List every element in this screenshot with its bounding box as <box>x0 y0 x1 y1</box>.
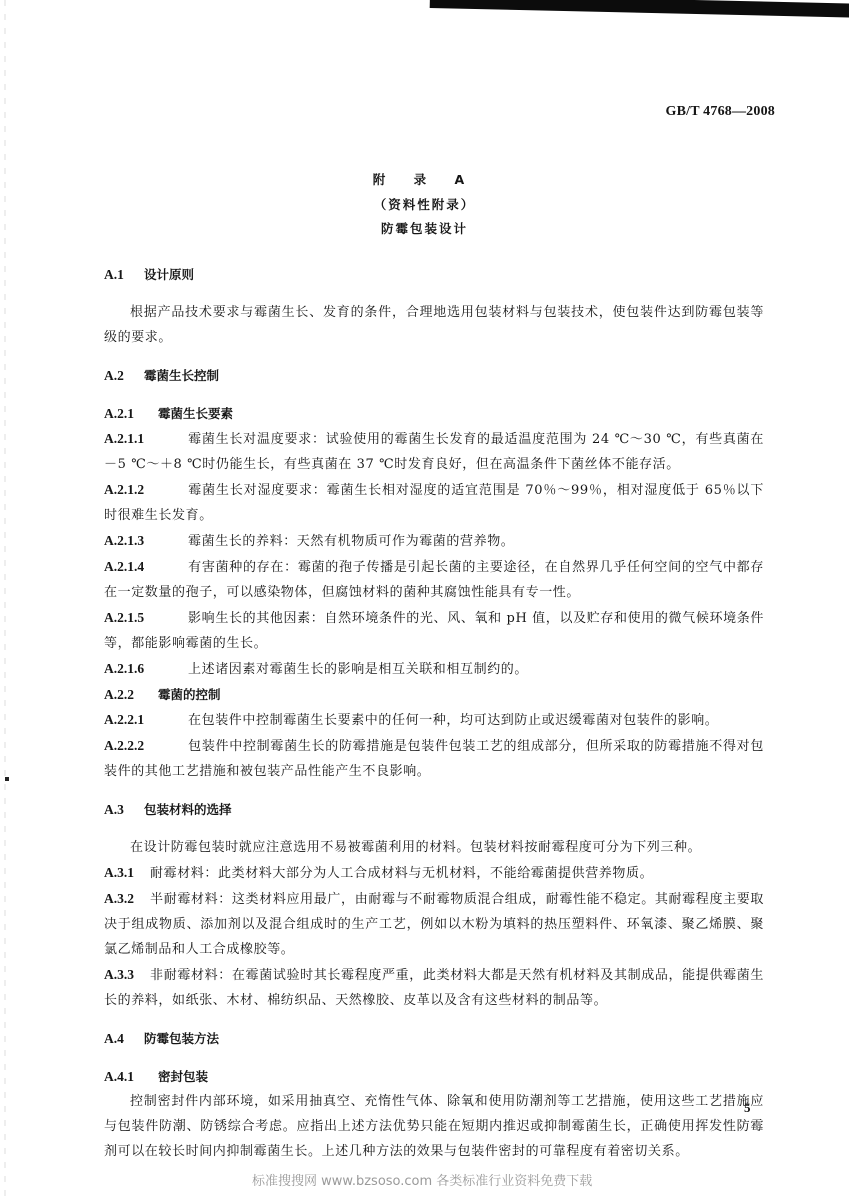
section-a41-body: 控制密封件内部环境，如采用抽真空、充惰性气体、除氧和使用防潮剂等工艺措施，使用这… <box>104 1089 764 1164</box>
clause-a214: A.2.1.4有害菌种的存在：霉菌的孢子传播是引起长菌的主要途径，在自然界几乎任… <box>104 554 764 605</box>
section-heading-a3: A.3包装材料的选择 <box>104 797 764 822</box>
clause-a211: A.2.1.1霉菌生长对温度要求：试验使用的霉菌生长发育的最适温度范围为 24 … <box>104 426 764 477</box>
section-a1-body: 根据产品技术要求与霉菌生长、发育的条件，合理地选用包装材料与包装技术，使包装件达… <box>104 300 764 350</box>
section-heading-a1: A.1设计原则 <box>104 262 764 287</box>
section-a3-intro: 在设计防霉包装时就应注意选用不易被霉菌利用的材料。包装材料按耐霉程度可分为下列三… <box>104 835 764 860</box>
document-body: A.1设计原则 根据产品技术要求与霉菌生长、发育的条件，合理地选用包装材料与包装… <box>104 262 764 1164</box>
scan-shadow-bar <box>430 0 849 18</box>
clause-a216: A.2.1.6上述诸因素对霉菌生长的影响是相互关联和相互制约的。 <box>104 656 764 682</box>
clause-a213: A.2.1.3霉菌生长的养料：天然有机物质可作为霉菌的营养物。 <box>104 528 764 554</box>
section-heading-a2: A.2霉菌生长控制 <box>104 363 764 388</box>
page-number: 5 <box>744 1100 751 1116</box>
subsection-heading-a41: A.4.1密封包装 <box>104 1064 764 1089</box>
appendix-name: 防霉包装设计 <box>0 219 849 237</box>
clause-a222: A.2.2.2包装件中控制霉菌生长的防霉措施是包装件包装工艺的组成部分，但所采取… <box>104 733 764 784</box>
scan-speck <box>5 777 9 781</box>
clause-a221: A.2.2.1在包装件中控制霉菌生长要素中的任何一种，均可达到防止或迟缓霉菌对包… <box>104 707 764 733</box>
subsection-heading-a21: A.2.1霉菌生长要素 <box>104 401 764 426</box>
watermark-text: 标准搜搜网 www.bzsoso.com 各类标准行业资料免费下载 <box>252 1170 592 1189</box>
clause-a33: A.3.3非耐霉材料：在霉菌试验时其长霉程度严重，此类材料大都是天然有机材料及其… <box>104 962 764 1013</box>
section-heading-a4: A.4防霉包装方法 <box>104 1026 764 1051</box>
standard-code: GB/T 4768—2008 <box>665 104 775 120</box>
appendix-subtitle: （资料性附录） <box>0 195 849 213</box>
appendix-title: 附 录 A <box>0 170 849 188</box>
clause-a212: A.2.1.2霉菌生长对湿度要求：霉菌生长相对湿度的适宜范围是 70％～99％，… <box>104 477 764 528</box>
clause-a31: A.3.1耐霉材料：此类材料大部分为人工合成材料与无机材料，不能给霉菌提供营养物… <box>104 860 764 886</box>
clause-a32: A.3.2半耐霉材料：这类材料应用最广，由耐霉与不耐霉物质混合组成，耐霉性能不稳… <box>104 886 764 962</box>
clause-a215: A.2.1.5影响生长的其他因素：自然环境条件的光、风、氧和 pH 值，以及贮存… <box>104 605 764 656</box>
subsection-heading-a22: A.2.2霉菌的控制 <box>104 682 764 707</box>
